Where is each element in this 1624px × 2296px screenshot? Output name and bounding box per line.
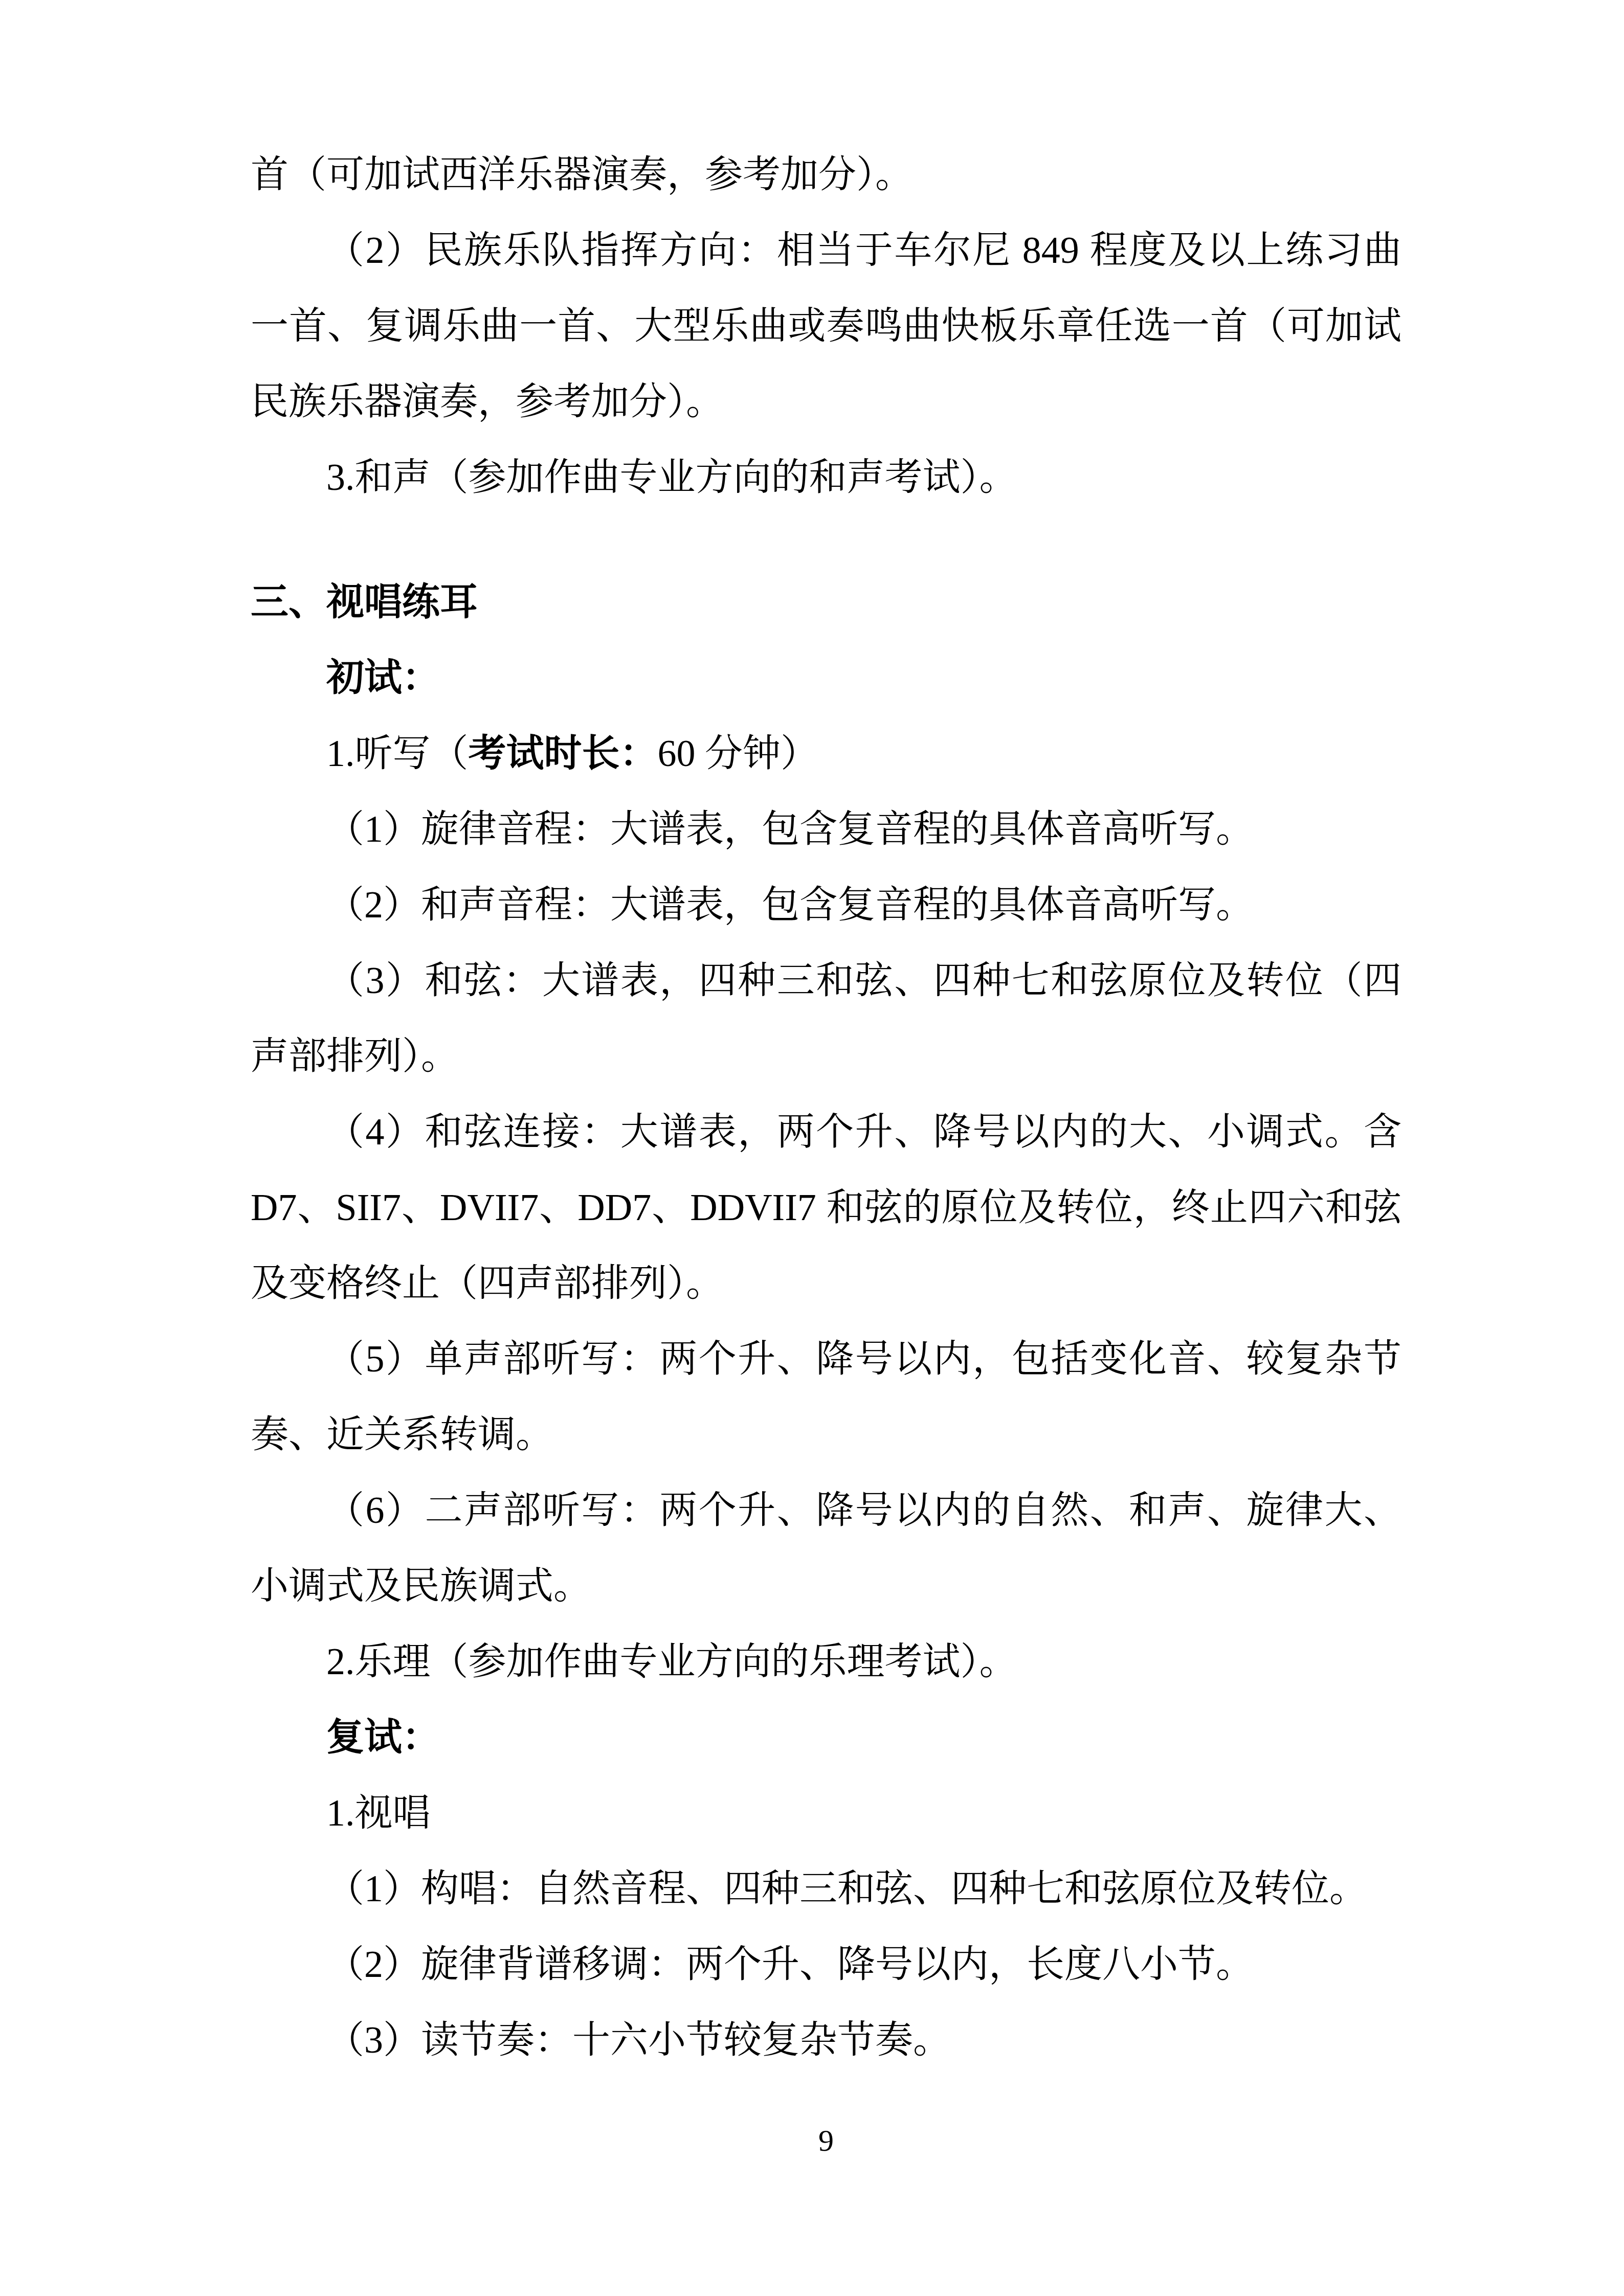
text-run: （1）构唱：自然音程、四种三和弦、四种七和弦原位及转位。 — [326, 1868, 1367, 1910]
paragraph-2: （2）民族乐队指挥方向：相当于车尔尼 849 程度及以上练习曲一首、复调乐曲一首… — [251, 213, 1401, 440]
document-body: 首（可加试西洋乐器演奏，参考加分）。（2）民族乐队指挥方向：相当于车尔尼 849… — [251, 137, 1401, 2078]
text-run: （6）二声部听写：两个升、降号以内的自然、和声、旋律大、小调式及民族调式。 — [251, 1490, 1401, 1607]
paragraph-1: 首（可加试西洋乐器演奏，参考加分）。 — [251, 137, 1401, 213]
paragraph-7: （1）旋律音程：大谱表，包含复音程的具体音高听写。 — [251, 792, 1401, 867]
document-page: 首（可加试西洋乐器演奏，参考加分）。（2）民族乐队指挥方向：相当于车尔尼 849… — [0, 0, 1624, 2296]
text-run: （3）和弦：大谱表，四种三和弦、四种七和弦原位及转位（四声部排列）。 — [251, 960, 1401, 1077]
text-run: 首（可加试西洋乐器演奏，参考加分）。 — [251, 154, 913, 196]
paragraph-3: 3.和声（参加作曲专业方向的和声考试）。 — [251, 440, 1401, 515]
text-run: 1.听写（ — [326, 733, 469, 775]
paragraph-12: （6）二声部听写：两个升、降号以内的自然、和声、旋律大、小调式及民族调式。 — [251, 1473, 1401, 1624]
text-run: 2.乐理（参加作曲专业方向的乐理考试）。 — [326, 1641, 1017, 1683]
section-heading: 三、视唱练耳 — [251, 565, 1401, 640]
text-run: （4）和弦连接：大谱表，两个升、降号以内的大、小调式。含 D7、SII7、DVI… — [251, 1111, 1401, 1304]
page-number: 9 — [251, 2122, 1401, 2159]
text-run: 三、视唱练耳 — [251, 581, 478, 623]
text-run: （3）读节奏：十六小节较复杂节奏。 — [326, 2019, 951, 2061]
paragraph-17: （2）旋律背谱移调：两个升、降号以内，长度八小节。 — [251, 1927, 1401, 2002]
paragraph-15: 1.视唱 — [251, 1775, 1401, 1851]
text-run: 初试： — [326, 657, 440, 699]
text-run: 60 分钟） — [658, 733, 819, 775]
paragraph-11: （5）单声部听写：两个升、降号以内，包括变化音、较复杂节奏、近关系转调。 — [251, 1321, 1401, 1473]
text-run: （2）和声音程：大谱表，包含复音程的具体音高听写。 — [326, 884, 1254, 926]
text-run: （1）旋律音程：大谱表，包含复音程的具体音高听写。 — [326, 808, 1254, 850]
text-run: 复试： — [326, 1717, 440, 1759]
paragraph-14: 复试： — [251, 1700, 1401, 1775]
text-run: （2）民族乐队指挥方向：相当于车尔尼 849 程度及以上练习曲一首、复调乐曲一首… — [251, 230, 1401, 423]
text-run: （5）单声部听写：两个升、降号以内，包括变化音、较复杂节奏、近关系转调。 — [251, 1338, 1401, 1456]
paragraph-6: 1.听写（考试时长：60 分钟） — [251, 716, 1401, 792]
paragraph-8: （2）和声音程：大谱表，包含复音程的具体音高听写。 — [251, 867, 1401, 943]
paragraph-9: （3）和弦：大谱表，四种三和弦、四种七和弦原位及转位（四声部排列）。 — [251, 943, 1401, 1094]
text-run: 考试时长： — [469, 733, 658, 775]
text-run: 3.和声（参加作曲专业方向的和声考试）。 — [326, 457, 1017, 499]
paragraph-18: （3）读节奏：十六小节较复杂节奏。 — [251, 2002, 1401, 2078]
paragraph-13: 2.乐理（参加作曲专业方向的乐理考试）。 — [251, 1624, 1401, 1700]
paragraph-5: 初试： — [251, 640, 1401, 716]
paragraph-10: （4）和弦连接：大谱表，两个升、降号以内的大、小调式。含 D7、SII7、DVI… — [251, 1094, 1401, 1321]
text-run: 1.视唱 — [326, 1792, 431, 1834]
text-run: （2）旋律背谱移调：两个升、降号以内，长度八小节。 — [326, 1944, 1254, 1986]
document-content: 首（可加试西洋乐器演奏，参考加分）。（2）民族乐队指挥方向：相当于车尔尼 849… — [0, 0, 1624, 2078]
paragraph-16: （1）构唱：自然音程、四种三和弦、四种七和弦原位及转位。 — [251, 1851, 1401, 1927]
